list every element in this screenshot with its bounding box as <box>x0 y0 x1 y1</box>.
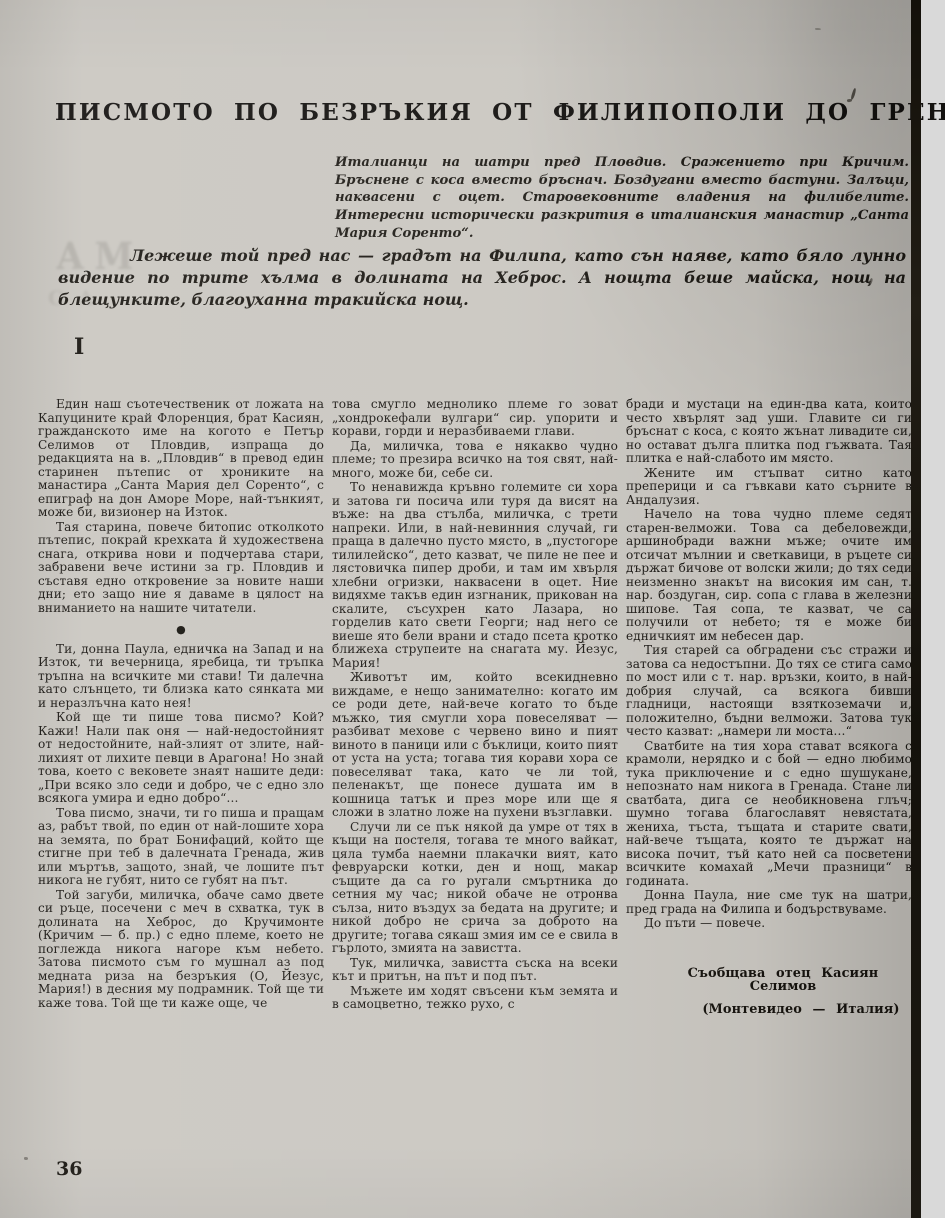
paragraph: До пъти — повече. <box>626 917 912 931</box>
paragraph: бради и мустаци на един-два ката, които … <box>626 398 912 466</box>
column1-intro: Един наш съотечественик от ложата на Кап… <box>38 398 324 615</box>
paragraph: Да, миличка, това е някакво чудно племе;… <box>332 440 618 481</box>
paragraph: Сватбите на тия хора стават всякога с кр… <box>626 740 912 889</box>
text-column-3: бради и мустаци на един-два ката, които … <box>626 398 912 1017</box>
paragraph: това смугло меднолико племе го зоват „хо… <box>332 398 618 439</box>
paragraph: Тия старей са обградени със стражи и зат… <box>626 644 912 739</box>
scan-speck <box>24 1157 28 1160</box>
paragraph: Той загуби, миличка, обаче само двете си… <box>38 889 324 1011</box>
paragraph: Начело на това чудно племе седят старен-… <box>626 508 912 643</box>
paragraph: Това писмо, значи, ти го пиша и пращам а… <box>38 807 324 888</box>
paragraph: Донна Паула, ние сме тук на шатри, пред … <box>626 889 912 916</box>
signature-line-2: (Монтевидео — Италия) <box>626 1003 912 1017</box>
paragraph: Кой ще ти пише това писмо? Кой? Кажи! На… <box>38 711 324 806</box>
paragraph: Ти, донна Паула, едничка на Запад и на И… <box>38 643 324 711</box>
signature-line-1: Съобщава отец Касиян Селимов <box>626 967 912 994</box>
standfirst: Италианци на шатри пред Пловдив. Сражени… <box>335 154 909 242</box>
paragraph: Случи ли се пък някой да умре от тях в к… <box>332 821 618 956</box>
page-edge-shadow <box>911 0 921 1218</box>
article-body: Един наш съотечественик от ложата на Кап… <box>38 398 912 1017</box>
column3-text: бради и мустаци на един-два ката, които … <box>626 398 912 931</box>
paragraph: Животът им, който всекидневно виждаме, е… <box>332 671 618 820</box>
text-column-1: Един наш съотечественик от ложата на Кап… <box>38 398 324 1011</box>
article-title: ПИСМОТО ПО БЕЗРЪКИЯ ОТ ФИЛИПОПОЛИ ДО ГРЕ… <box>55 99 845 126</box>
lead-paragraph: Лежеше той пред нас — градът на Филипа, … <box>58 245 906 311</box>
text-column-2: това смугло меднолико племе го зоват „хо… <box>332 398 618 1013</box>
paragraph: Жените им стъпват ситно като преперици и… <box>626 467 912 508</box>
column1-letter: Ти, донна Паула, едничка на Запад и на И… <box>38 643 324 1011</box>
scanned-page: АМ СА ПИСМОТО ПО БЕЗРЪКИЯ ОТ ФИЛИПОПОЛИ … <box>0 0 921 1218</box>
paragraph: Тук, миличка, завистта съска на всеки къ… <box>332 957 618 984</box>
paragraph: Мъжете им ходят свъсени към земята и в с… <box>332 985 618 1012</box>
scan-speck <box>815 28 821 30</box>
section-numeral: I <box>74 334 84 360</box>
paragraph: Един наш съотечественик от ложата на Кап… <box>38 398 324 520</box>
page-number: 36 <box>56 1158 82 1180</box>
paragraph: Тая старина, повече битопис отколкото пъ… <box>38 521 324 616</box>
signature-block: Съобщава отец Касиян Селимов (Монтевидео… <box>626 967 912 1017</box>
section-separator-bullet: ● <box>38 616 324 643</box>
paragraph: То ненавижда кръвно големите си хора и з… <box>332 481 618 670</box>
